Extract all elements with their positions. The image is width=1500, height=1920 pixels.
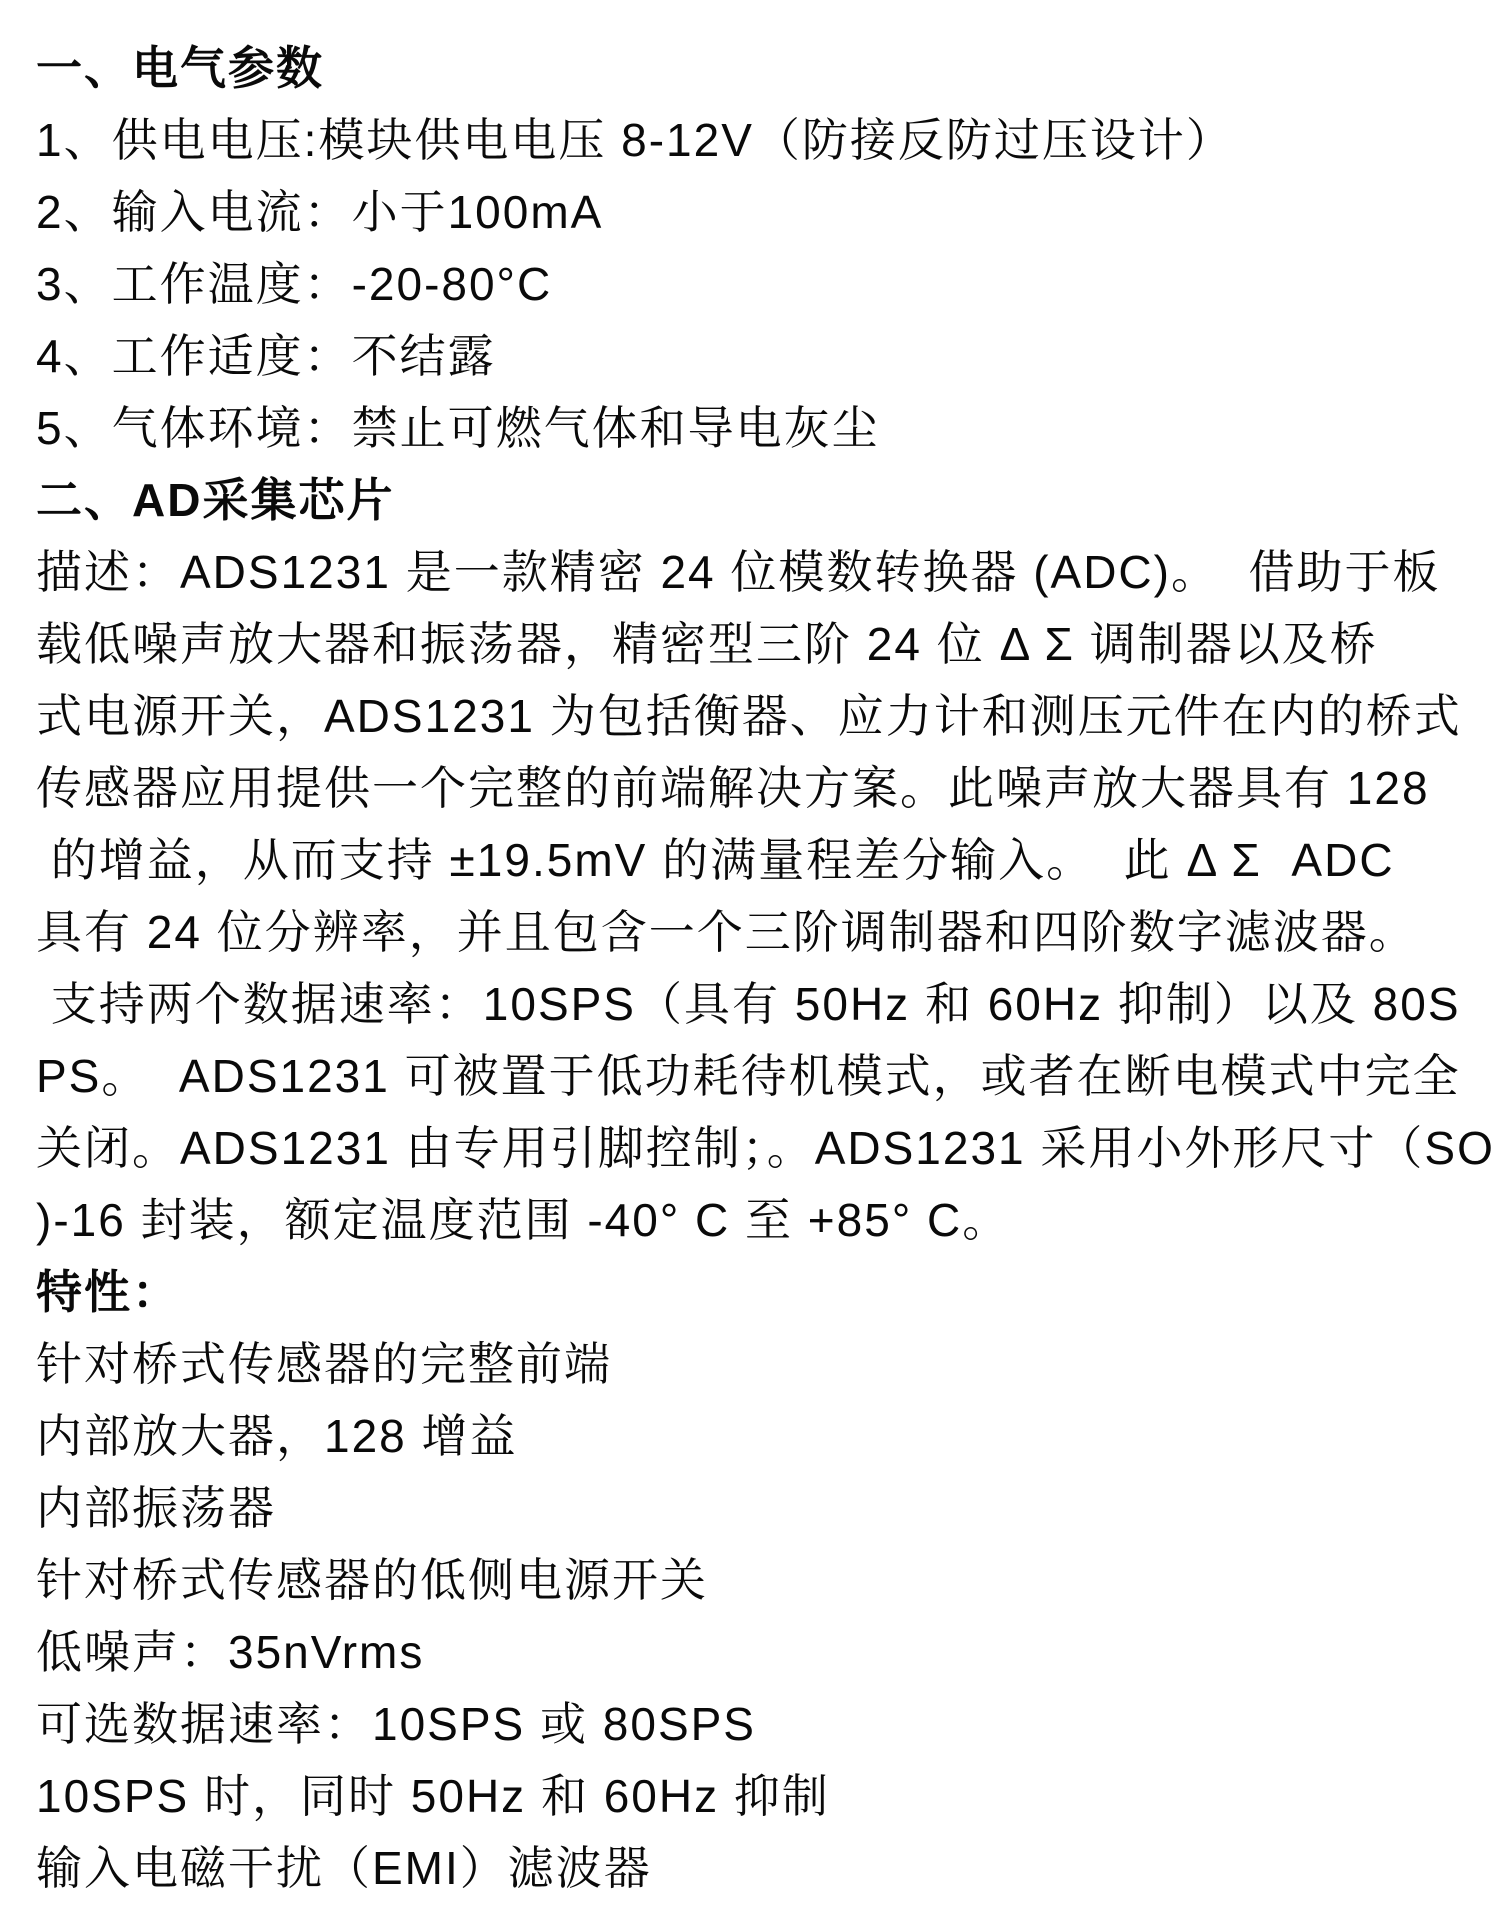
description-line-5: 的增益，从而支持 ±19.5mV 的满量程差分输入。 此 Δ Σ ADC xyxy=(36,824,1482,896)
feature-item-internal-amplifier: 内部放大器，128 增益 xyxy=(36,1400,1482,1472)
description-line-7: 支持两个数据速率：10SPS（具有 50Hz 和 60Hz 抑制）以及 80S xyxy=(36,968,1482,1040)
description-line-8: PS。 ADS1231 可被置于低功耗待机模式，或者在断电模式中完全 xyxy=(36,1040,1482,1112)
description-line-4: 传感器应用提供一个完整的前端解决方案。此噪声放大器具有 128 xyxy=(36,752,1482,824)
description-line-3: 式电源开关，ADS1231 为包括衡器、应力计和测压元件在内的桥式 xyxy=(36,680,1482,752)
features-heading: 特性： xyxy=(36,1256,1482,1328)
feature-item-complete-front-end: 针对桥式传感器的完整前端 xyxy=(36,1328,1482,1400)
document-page: 一、电气参数 1、供电电压:模块供电电压 8-12V（防接反防过压设计） 2、输… xyxy=(0,0,1500,1920)
feature-item-emi-filter: 输入电磁干扰（EMI）滤波器 xyxy=(36,1832,1482,1904)
section-heading-ad-chip: 二、AD采集芯片 xyxy=(36,464,1482,536)
param-item-input-current: 2、输入电流：小于100mA xyxy=(36,176,1482,248)
feature-item-internal-oscillator: 内部振荡器 xyxy=(36,1472,1482,1544)
section-heading-electrical-parameters: 一、电气参数 xyxy=(36,32,1482,104)
feature-item-low-noise: 低噪声：35nVrms xyxy=(36,1616,1482,1688)
feature-item-selectable-data-rates: 可选数据速率：10SPS 或 80SPS xyxy=(36,1688,1482,1760)
description-line-1: 描述：ADS1231 是一款精密 24 位模数转换器 (ADC)。 借助于板 xyxy=(36,536,1482,608)
description-line-9: 关闭。ADS1231 由专用引脚控制；。ADS1231 采用小外形尺寸（SO xyxy=(36,1112,1482,1184)
feature-item-50hz-60hz-rejection: 10SPS 时，同时 50Hz 和 60Hz 抑制 xyxy=(36,1760,1482,1832)
description-line-6: 具有 24 位分辨率，并且包含一个三阶调制器和四阶数字滤波器。 xyxy=(36,896,1482,968)
description-line-10: )-16 封装，额定温度范围 -40° C 至 +85° C。 xyxy=(36,1184,1482,1256)
feature-item-low-side-power-switch: 针对桥式传感器的低侧电源开关 xyxy=(36,1544,1482,1616)
description-line-2: 载低噪声放大器和振荡器，精密型三阶 24 位 Δ Σ 调制器以及桥 xyxy=(36,608,1482,680)
param-item-gas-environment: 5、气体环境：禁止可燃气体和导电灰尘 xyxy=(36,392,1482,464)
param-item-supply-voltage: 1、供电电压:模块供电电压 8-12V（防接反防过压设计） xyxy=(36,104,1482,176)
param-item-operating-humidity: 4、工作适度：不结露 xyxy=(36,320,1482,392)
param-item-operating-temperature: 3、工作温度：-20-80°C xyxy=(36,248,1482,320)
